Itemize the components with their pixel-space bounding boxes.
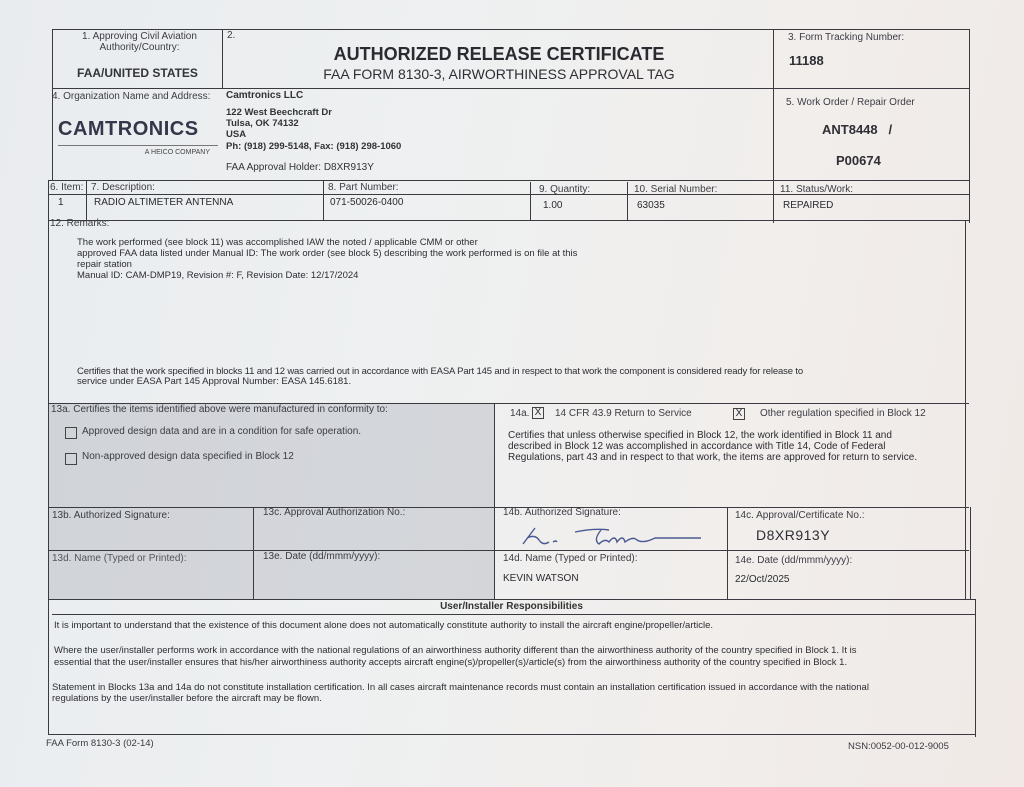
easa-statement-line2: service under EASA Part 145 Approval Num… [77,376,351,387]
block14e-label: 14e. Date (dd/mmm/yyyy): [735,555,852,566]
logo-wordmark: CAMTRONICS [58,118,218,141]
block13a-label: 13a. Certifies the items identified abov… [51,404,388,415]
block14a-text-line2: described in Block 12 was accomplished i… [508,441,885,452]
organization-address-line2: Tulsa, OK 74132 [226,118,299,129]
form-tracking-number: 11188 [789,53,824,68]
organization-phone-fax: Ph: (918) 299-5148, Fax: (918) 298-1060 [226,141,401,152]
remarks-manual-id: Manual ID: CAM-DMP19, Revision #: F, Rev… [77,270,358,281]
work-order-number: ANT8448 / [822,122,892,137]
nsn-number: NSN:0052-00-012-9005 [848,741,949,752]
item-status: REPAIRED [783,200,833,211]
block13d-label: 13d. Name (Typed or Printed): [52,553,187,564]
block14a-text-line1: Certifies that unless otherwise specifie… [508,430,892,441]
block1-label: 1. Approving Civil Aviation Authority/Co… [72,31,207,53]
cfr-43-9-checkbox[interactable]: X [532,407,544,419]
responsibilities-para3-line2: regulations by the user/installer before… [52,693,322,704]
signer-name: KEVIN WATSON [503,573,579,584]
approved-design-data-checkbox[interactable] [65,427,77,439]
other-regulation-label: Other regulation specified in Block 12 [760,408,926,419]
responsibilities-para2-line2: essential that the user/installer ensure… [54,657,847,668]
header-status-work: 11. Status/Work: [780,184,853,195]
item-part-number: 071-50026-0400 [330,197,403,208]
form-identifier: FAA Form 8130-3 (02-14) [46,738,154,749]
organization-name: Camtronics LLC [226,90,303,101]
remarks-line1: The work performed (see block 11) was ac… [77,237,478,248]
block4-label: 4. Organization Name and Address: [52,91,210,102]
block13b-label: 13b. Authorized Signature: [52,510,170,521]
approval-certificate-number: D8XR913Y [756,527,830,543]
organization-address-line1: 122 West Beechcraft Dr [226,107,332,118]
item-number: 1 [58,197,64,208]
organization-address-line3: USA [226,129,246,140]
block13c-label: 13c. Approval Authorization No.: [263,507,405,518]
release-date: 22/Oct/2025 [735,574,789,585]
cfr-43-9-label: 14 CFR 43.9 Return to Service [555,408,692,419]
block14c-label: 14c. Approval/Certificate No.: [735,510,865,521]
header-item: 6. Item: [50,182,83,193]
camtronics-logo: CAMTRONICS A HEICO COMPANY [58,118,218,156]
certificate-subtitle: FAA FORM 8130-3, AIRWORTHINESS APPROVAL … [225,66,773,82]
responsibilities-title: User/Installer Responsibilities [48,601,975,612]
block14a-text-line3: Regulations, part 43 and in respect to t… [508,452,917,463]
non-approved-design-data-checkbox[interactable] [65,453,77,465]
faa-approval-holder: FAA Approval Holder: D8XR913Y [226,162,374,173]
authorized-signature [505,520,705,550]
responsibilities-para2-line1: Where the user/installer performs work i… [54,645,856,656]
block2-label: 2. [227,30,235,41]
certificate-form: 1. Approving Civil Aviation Authority/Co… [0,0,1024,787]
block13e-label: 13e. Date (dd/mmm/yyyy): [263,551,380,562]
block14d-label: 14d. Name (Typed or Printed): [503,553,638,564]
header-serial-number: 10. Serial Number: [634,184,717,195]
header-quantity: 9. Quantity: [539,184,590,195]
responsibilities-para1: It is important to understand that the e… [54,620,713,631]
remarks-line3: repair station [77,259,132,270]
non-approved-design-data-label: Non-approved design data specified in Bl… [82,451,294,462]
approved-design-data-label: Approved design data and are in a condit… [82,426,361,437]
other-regulation-checkbox[interactable]: X [733,408,745,420]
block14a-label: 14a. [510,408,529,419]
approving-authority: FAA/UNITED STATES [55,66,220,80]
block5-label: 5. Work Order / Repair Order [786,97,915,108]
block3-label: 3. Form Tracking Number: [788,32,904,43]
logo-tagline: A HEICO COMPANY [58,149,218,156]
header-part-number: 8. Part Number: [328,182,399,193]
item-serial-number: 63035 [637,200,665,211]
block12-label: 12. Remarks: [50,218,109,229]
certificate-title: AUTHORIZED RELEASE CERTIFICATE [225,44,773,65]
header-description: 7. Description: [91,182,155,193]
remarks-line2: approved FAA data listed under Manual ID… [77,248,577,259]
repair-order-number: P00674 [836,153,881,168]
block14b-label: 14b. Authorized Signature: [503,507,621,518]
responsibilities-para3-line1: Statement in Blocks 13a and 14a do not c… [52,682,869,693]
item-description: RADIO ALTIMETER ANTENNA [94,197,233,208]
item-quantity: 1.00 [543,200,562,211]
